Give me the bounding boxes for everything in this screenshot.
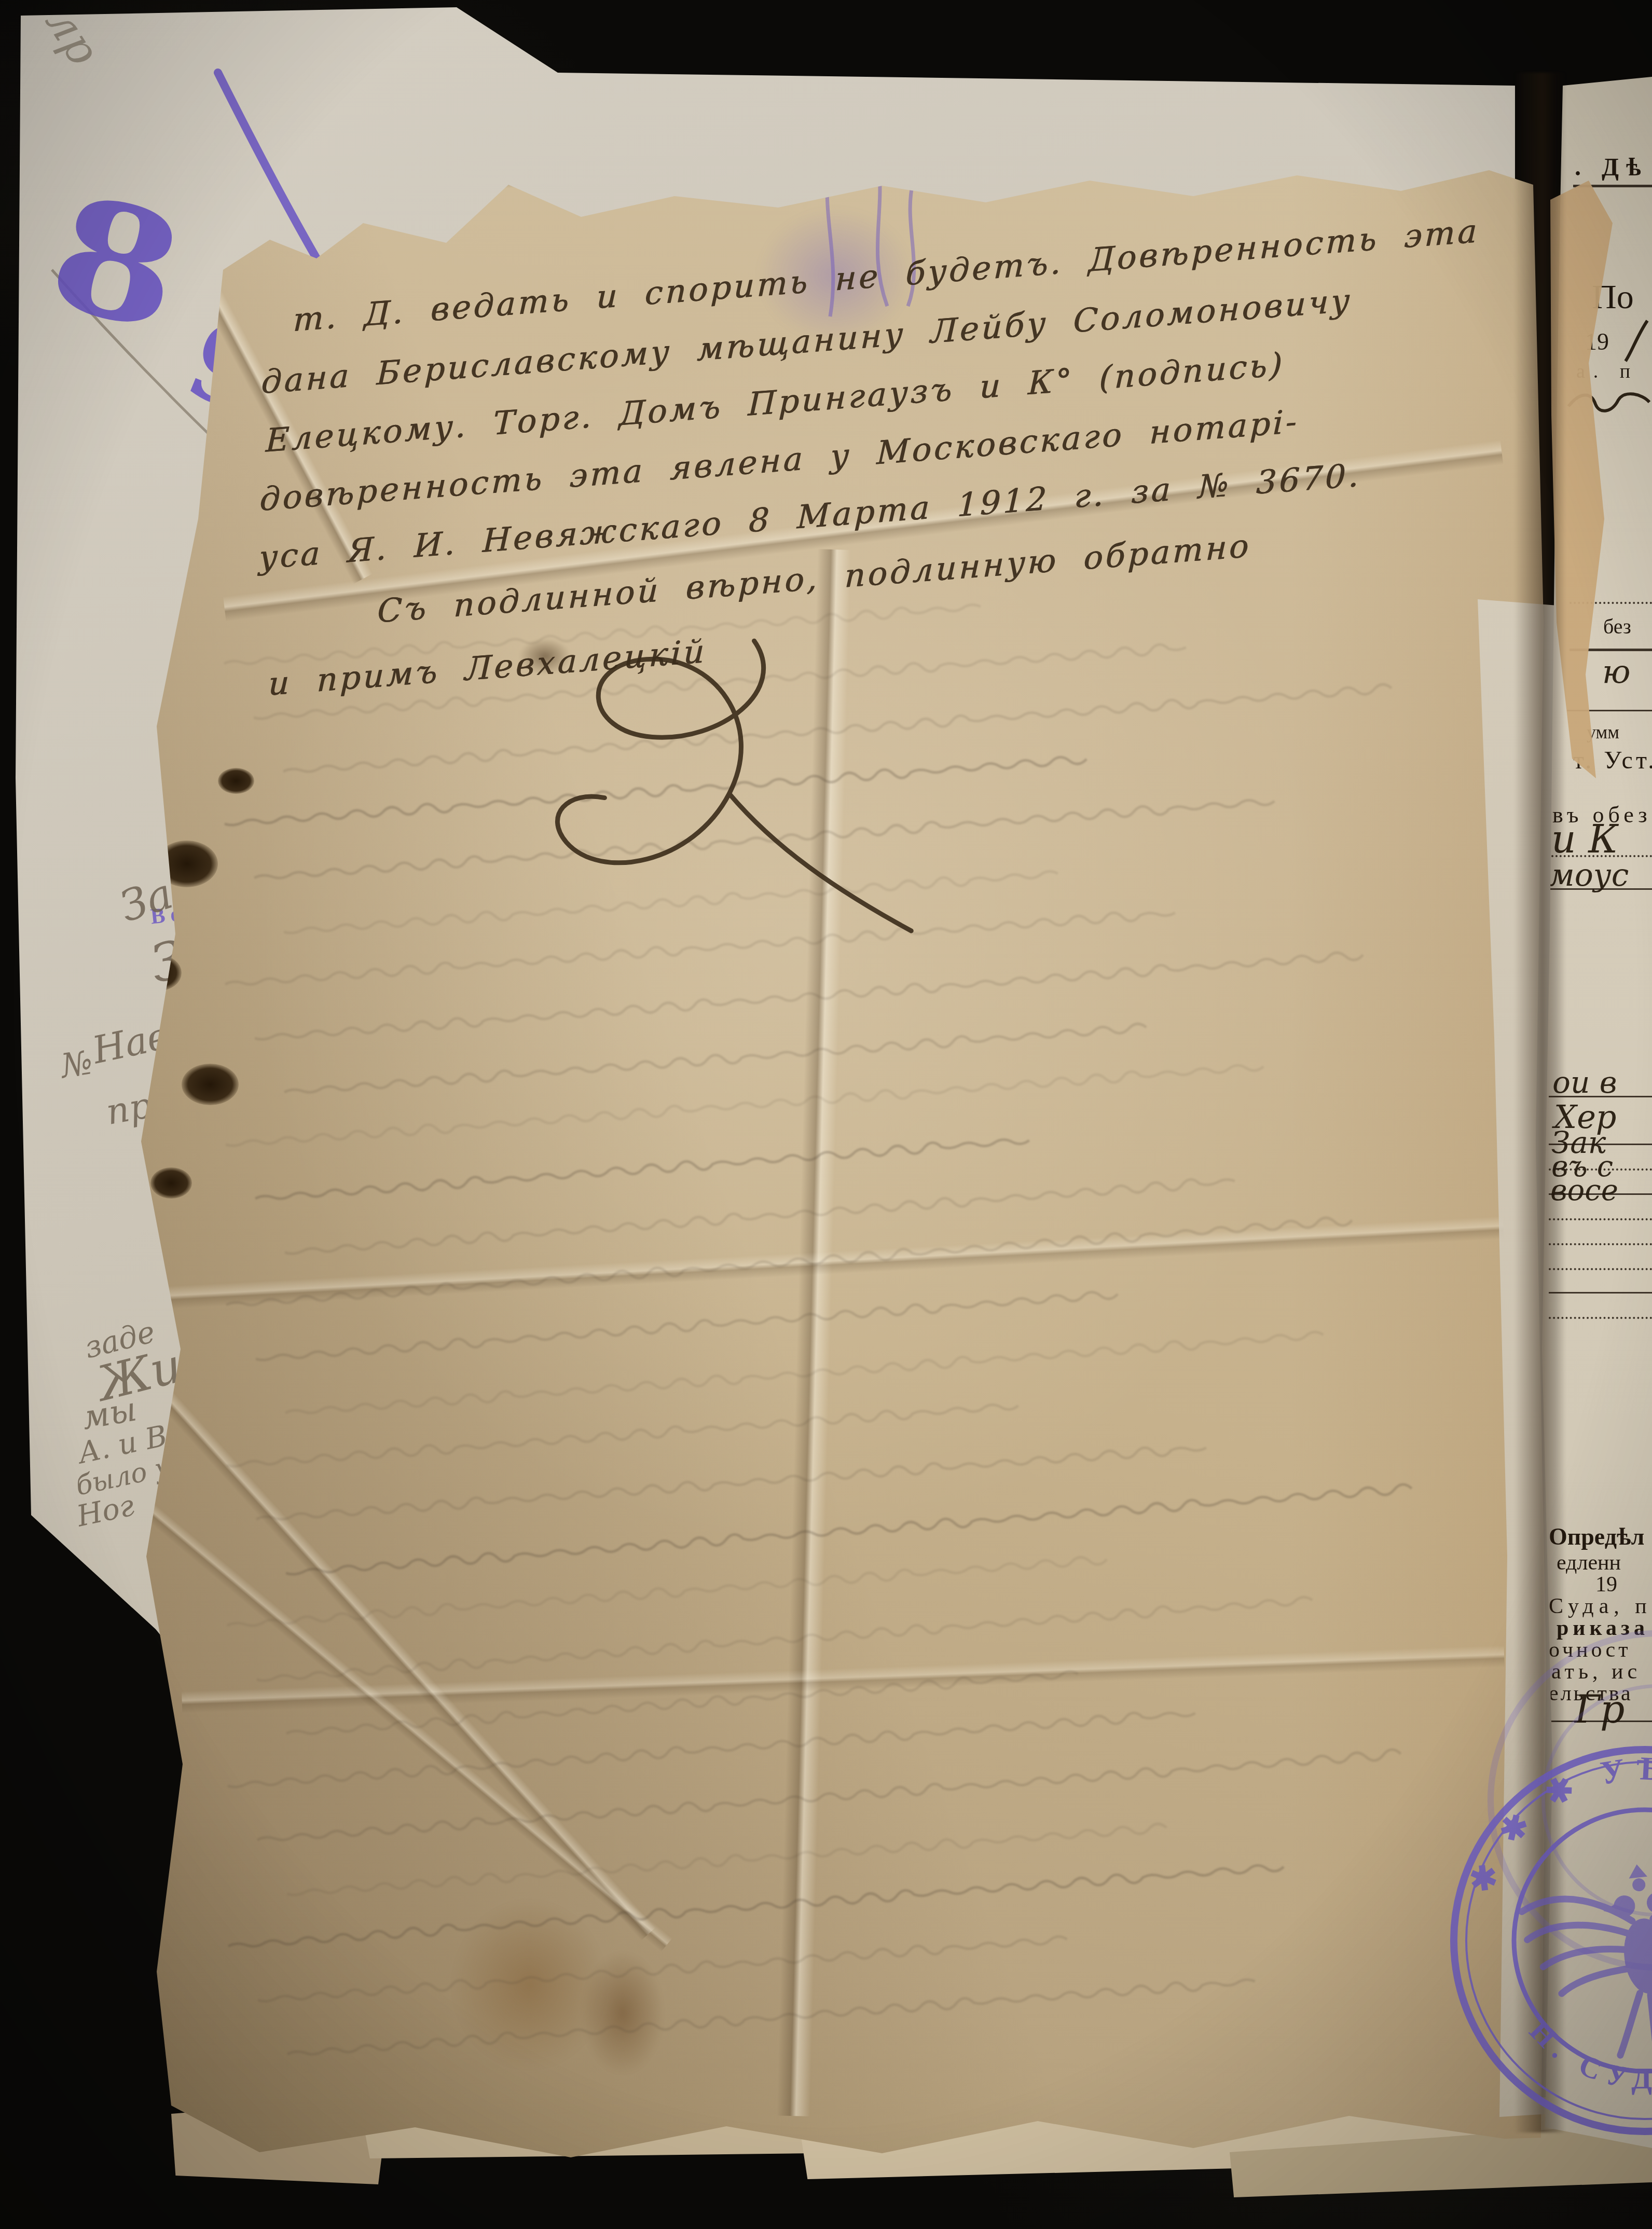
form-printed-fragment: Суда, по [1549, 1594, 1652, 1619]
form-rule [1567, 710, 1652, 711]
ghost-line [225, 1207, 1361, 1317]
ghost-line [284, 1320, 1339, 1424]
ghost-line [255, 1279, 1138, 1371]
form-printed-fragment: очност [1549, 1638, 1631, 1662]
form-hand-flourish [1564, 381, 1652, 418]
form-printed-fragment: . Дѣ [1575, 153, 1648, 182]
ghost-line [226, 1393, 1027, 1478]
form-signature: Гр [1575, 1687, 1625, 1732]
torn-hole [218, 768, 254, 794]
form-hand-slash [1621, 318, 1652, 364]
form-printed-fragment: По [1592, 278, 1634, 317]
form-rule [1549, 1292, 1652, 1294]
form-rule [1573, 185, 1652, 187]
form-rule [1540, 1721, 1652, 1722]
ghost-line [284, 1166, 1248, 1263]
form-hand-fragment: восе [1550, 1174, 1618, 1207]
form-printed-fragment: риказа [1557, 1616, 1649, 1641]
crease [144, 1505, 672, 1952]
form-rule [1549, 1193, 1652, 1195]
form-rule [1549, 1317, 1652, 1319]
form-rule [1549, 1168, 1652, 1171]
form-printed-fragment: ать, ис [1551, 1659, 1641, 1684]
form-printed-fragment: 19 [1595, 1572, 1617, 1597]
form-printed-fragment: а. п [1576, 360, 1639, 383]
form-hand-fragment: ои в [1552, 1065, 1617, 1100]
form-rule [1549, 888, 1652, 890]
form-hand-fragment: ю [1602, 653, 1631, 691]
form-printed-fragment: едленн [1557, 1550, 1621, 1575]
form-printed-fragment: Опредѣл [1549, 1523, 1644, 1550]
ghost-line [254, 1126, 1048, 1210]
ghost-line [227, 1700, 1207, 1798]
ghost-line [286, 1813, 1185, 1905]
ghost-line [257, 1926, 1073, 2012]
ghost-line [286, 1966, 1274, 2066]
ink-line: и примъ Левхалецкій [268, 632, 707, 703]
form-rule [1570, 602, 1652, 604]
certification-text-block: т. Д. ведать и спорить не будетъ. Довѣре… [223, 189, 1641, 1119]
pencil-squiggle: лр [35, 0, 109, 74]
ghost-line [226, 1546, 1117, 1638]
form-printed-fragment: без [1603, 614, 1631, 639]
stain [451, 1899, 607, 2070]
left-hand-fragment: № [59, 1043, 95, 1086]
crease [120, 1349, 656, 1941]
form-printed-fragment: 19 [1585, 328, 1609, 355]
torn-hole [182, 1064, 239, 1105]
ghost-line [227, 1853, 1297, 1959]
ghost-line [285, 1659, 1094, 1745]
ghost-line [256, 1740, 1408, 1851]
main-page: т. Д. ведать и спорить не будетъ. Довѣре… [0, 0, 1652, 2229]
stain [581, 1951, 664, 2075]
ghost-line [255, 1433, 1228, 1531]
form-rule [1549, 1243, 1652, 1245]
form-rule [1570, 649, 1652, 651]
form-printed-fragment: т. Уст. [1573, 746, 1652, 775]
torn-hole [150, 1167, 192, 1199]
ghost-line [285, 1474, 1428, 1585]
form-rule [1549, 1144, 1652, 1145]
archival-photo: лр 8 9 ч Волос Во. За З № Нав пр заде Жи… [0, 0, 1652, 2229]
form-rule [1549, 1096, 1652, 1097]
form-rule [1549, 1268, 1652, 1270]
form-rule [1549, 1218, 1652, 1220]
page-number-mark-8: 8 [34, 159, 199, 367]
crease [156, 1216, 1504, 1310]
form-printed-fragment: умм [1587, 721, 1619, 743]
ghost-line [256, 1587, 1318, 1691]
crease [182, 1645, 1505, 1713]
